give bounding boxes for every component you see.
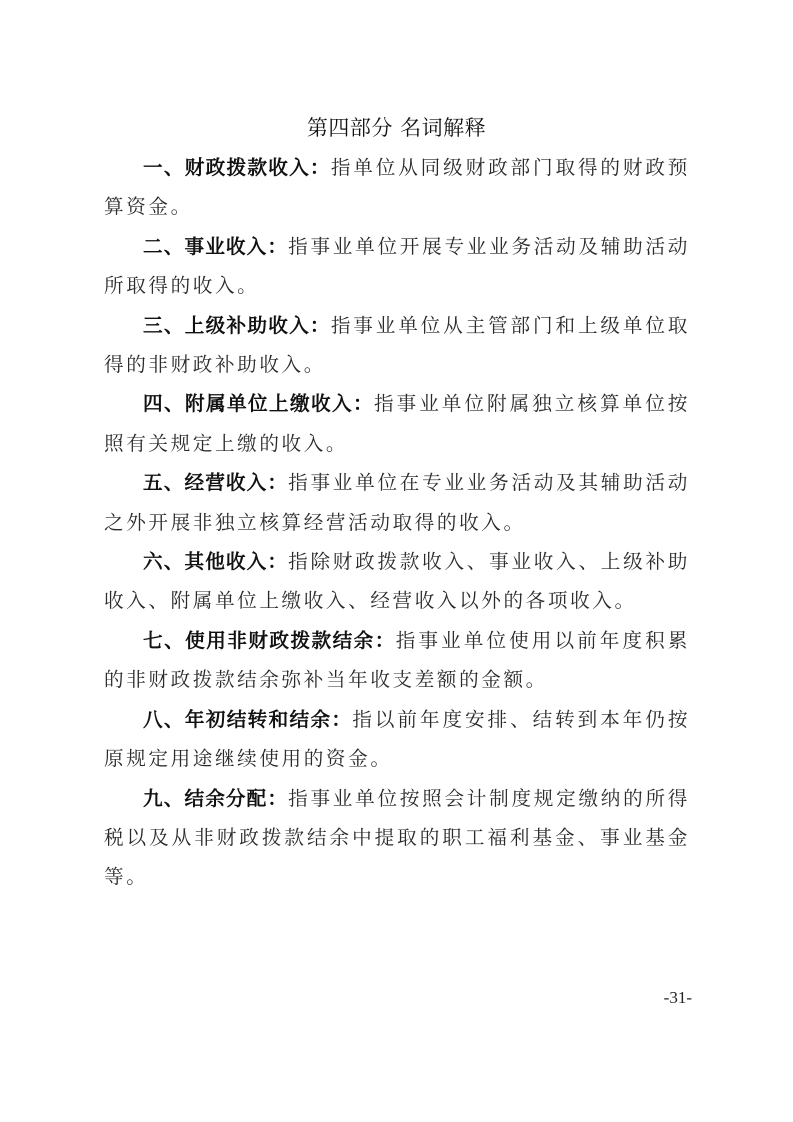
definition-item: 二、事业收入：指事业单位开展专业业务活动及辅助活动所取得的收入。 <box>104 227 690 306</box>
definition-item: 九、结余分配：指事业单位按照会计制度规定缴纳的所得税以及从非财政拨款结余中提取的… <box>104 779 690 897</box>
definition-term: 三、上级补助收入： <box>143 314 331 337</box>
definition-item: 七、使用非财政拨款结余：指事业单位使用以前年度积累的非财政拨款结余弥补当年收支差… <box>104 621 690 700</box>
definitions-list: 一、财政拨款收入：指单位从同级财政部门取得的财政预算资金。 二、事业收入：指事业… <box>104 148 690 897</box>
definition-item: 八、年初结转和结余：指以前年度安排、结转到本年仍按原规定用途继续使用的资金。 <box>104 700 690 779</box>
document-page: 第四部分 名词解释 一、财政拨款收入：指单位从同级财政部门取得的财政预算资金。 … <box>0 0 793 1122</box>
definition-term: 九、结余分配： <box>143 787 288 810</box>
definition-item: 五、经营收入：指事业单位在专业业务活动及其辅助活动之外开展非独立核算经营活动取得… <box>104 463 690 542</box>
definition-item: 四、附属单位上缴收入：指事业单位附属独立核算单位按照有关规定上缴的收入。 <box>104 384 690 463</box>
definition-term: 六、其他收入： <box>143 550 288 573</box>
definition-term: 七、使用非财政拨款结余： <box>143 629 396 652</box>
page-title: 第四部分 名词解释 <box>0 112 793 142</box>
page-number: -31- <box>640 988 692 1008</box>
definition-term: 五、经营收入： <box>143 471 288 494</box>
definition-item: 一、财政拨款收入：指单位从同级财政部门取得的财政预算资金。 <box>104 148 690 227</box>
definition-term: 四、附属单位上缴收入： <box>143 392 374 415</box>
definition-item: 三、上级补助收入：指事业单位从主管部门和上级单位取得的非财政补助收入。 <box>104 306 690 385</box>
definition-item: 六、其他收入：指除财政拨款收入、事业收入、上级补助收入、附属单位上缴收入、经营收… <box>104 542 690 621</box>
definition-term: 二、事业收入： <box>143 235 288 258</box>
definition-term: 一、财政拨款收入： <box>143 156 331 179</box>
definition-term: 八、年初结转和结余： <box>143 708 352 731</box>
